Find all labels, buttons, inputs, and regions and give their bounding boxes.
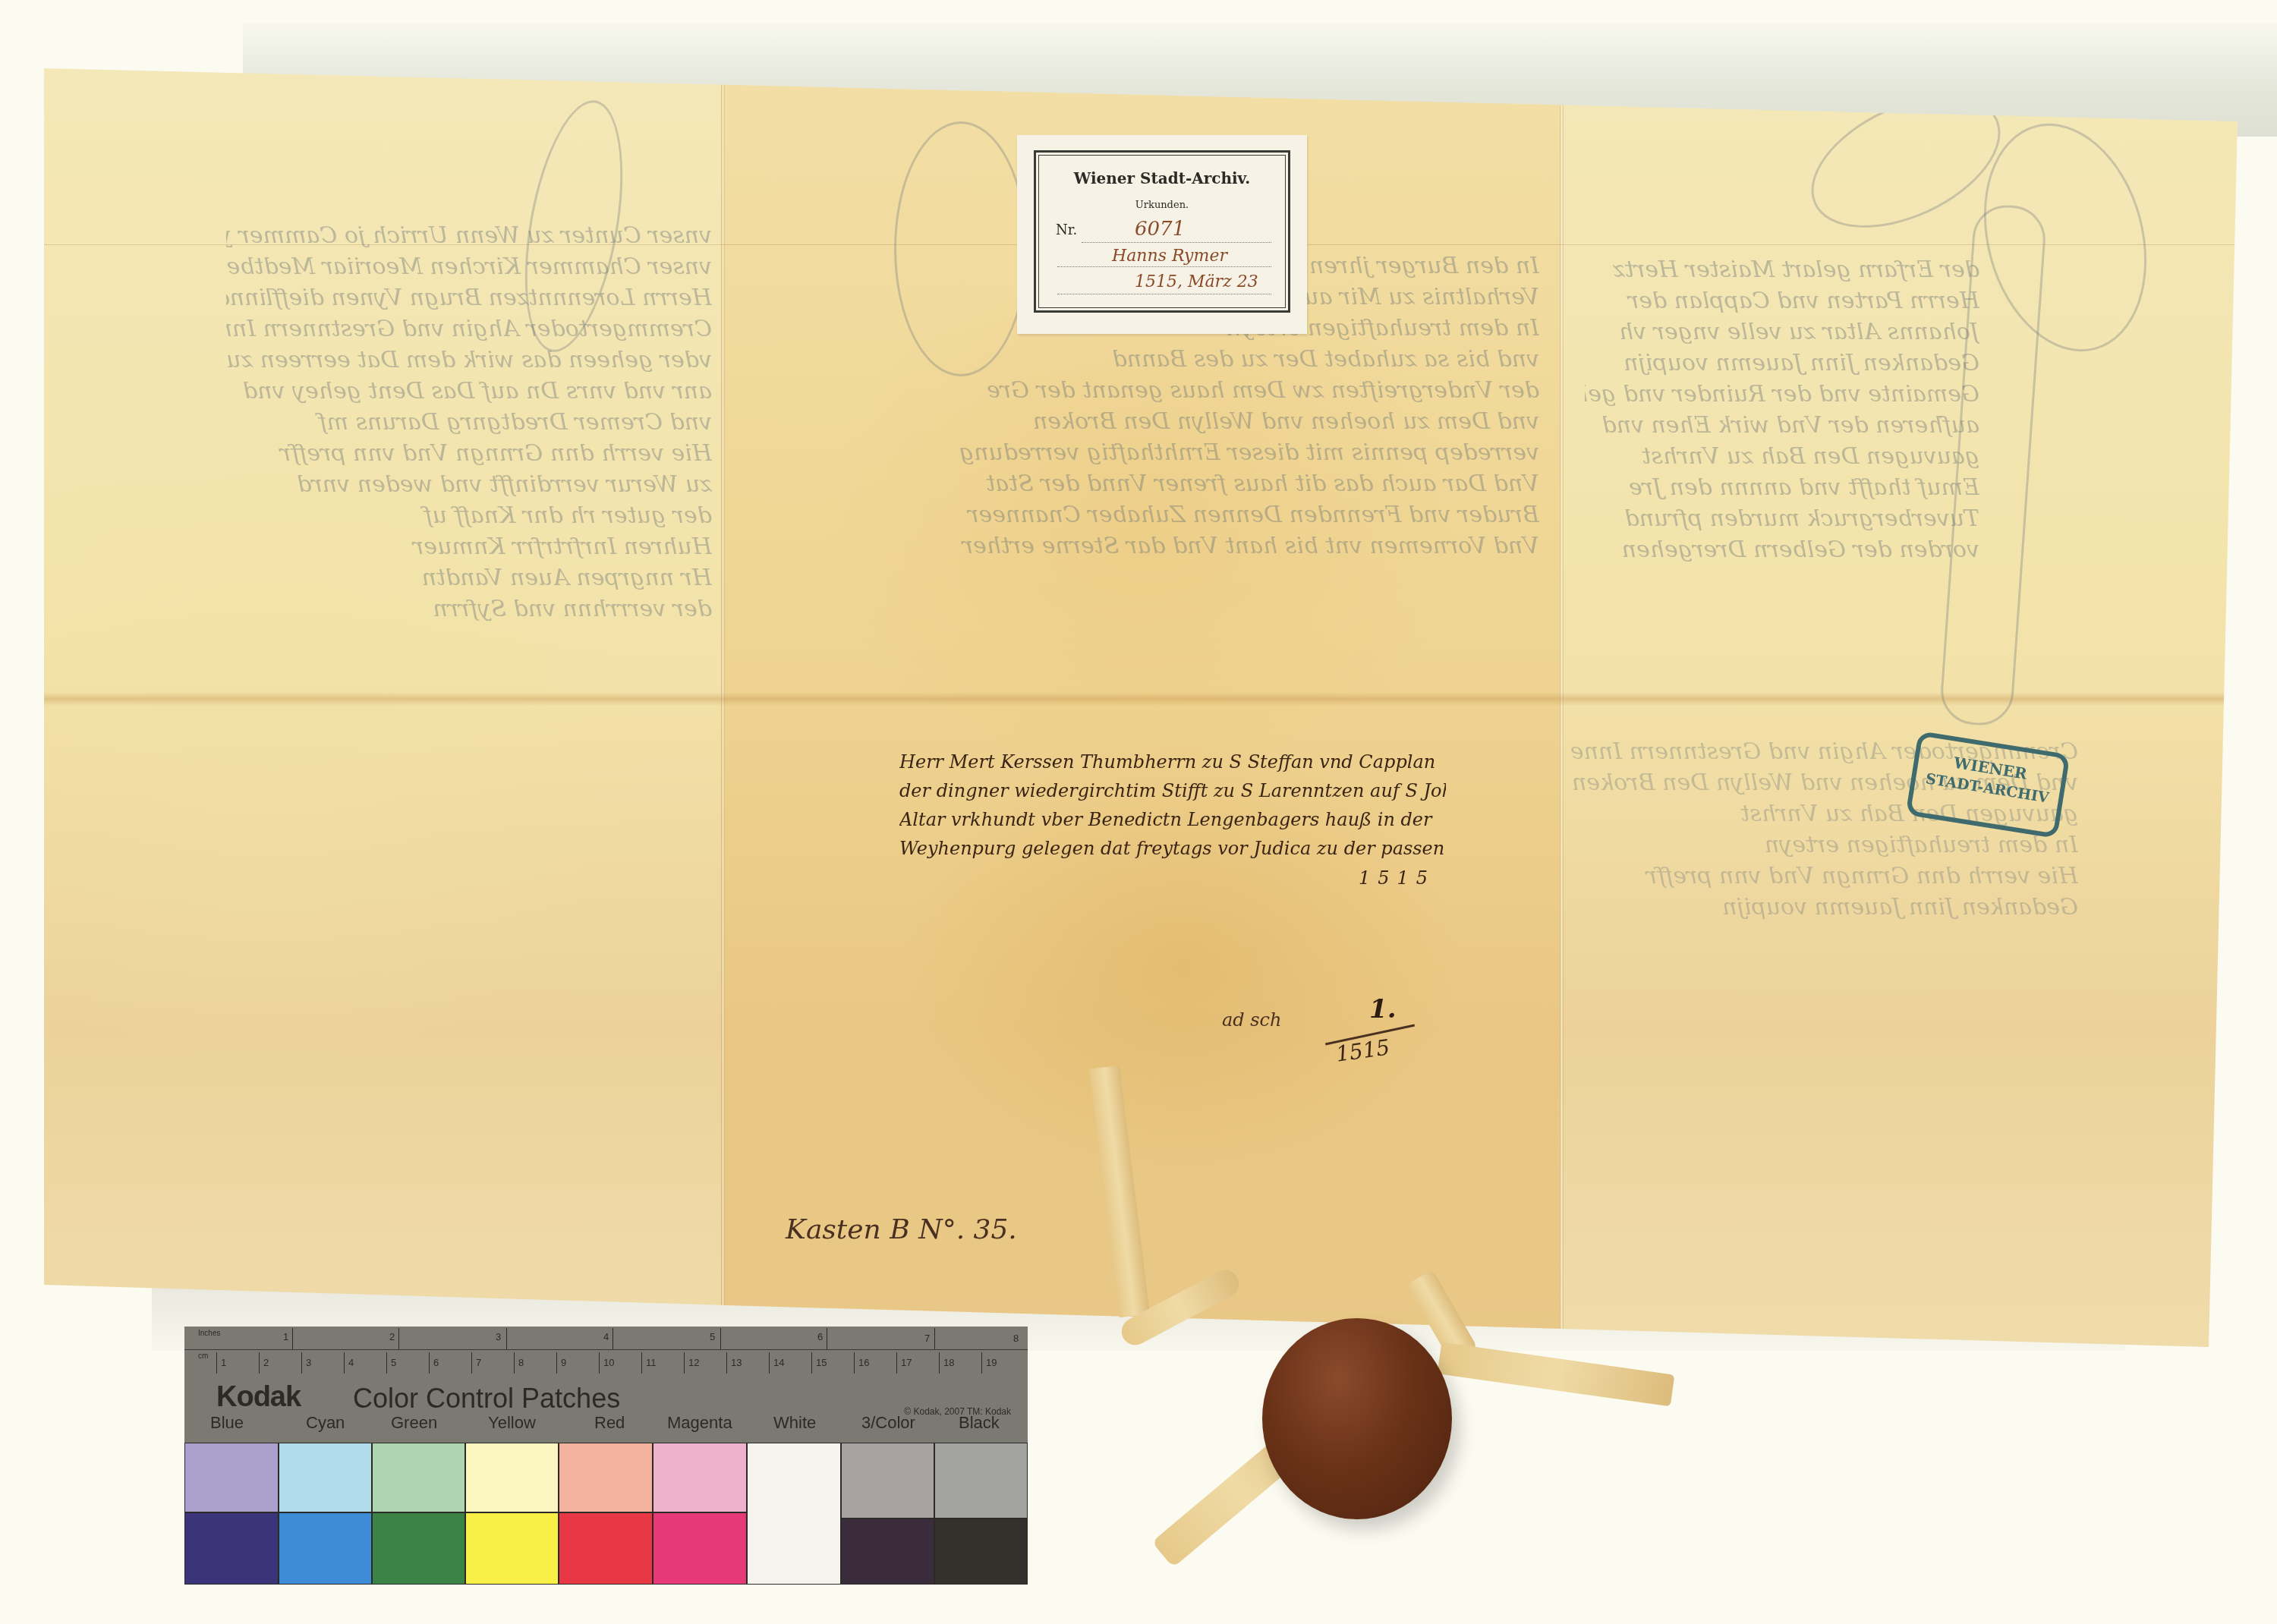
patch-red-dark [559, 1512, 653, 1585]
archive-label-nr: Nr. [1056, 222, 1077, 238]
archive-label-title: Wiener Stadt-Archiv. [1036, 169, 1288, 187]
ruler-tick [641, 1352, 642, 1374]
cm-mark: 14 [773, 1357, 784, 1368]
patch-green-dark [372, 1512, 465, 1585]
patch-red-light [559, 1443, 653, 1512]
patch-label-black: Black [959, 1413, 1000, 1433]
text-line: vnser Cunter zu Wenn Urrich jo Cammer yt [226, 220, 712, 251]
ruler-tick [769, 1352, 770, 1374]
cm-mark: 19 [986, 1357, 997, 1368]
inch-mark: 1 [283, 1331, 288, 1342]
ruler-tick [726, 1352, 727, 1374]
cm-mark: 13 [731, 1357, 742, 1368]
ruler-tick [398, 1328, 399, 1349]
text-line: Herrn Lorennntzen Brugn Vynen diefflinnd [226, 282, 712, 313]
inches-label: Inches [198, 1330, 220, 1338]
cm-mark: 8 [518, 1357, 524, 1368]
endorsement-line: Herr Mert Kerssen Thumbherrn zu S Steffa… [899, 747, 1446, 776]
text-line: aufheren der Vnd wirk Ehen vnd [1585, 410, 1979, 441]
fold-line-right [1560, 68, 1564, 1351]
cm-mark: 18 [943, 1357, 954, 1368]
ruler-tick [506, 1328, 507, 1349]
text-line: verredep pennis mit dieser Ernhthaftig v… [742, 437, 1539, 468]
wax-seal-icon [1262, 1318, 1452, 1519]
ruler-tick [684, 1352, 685, 1374]
ruler-tick [344, 1352, 345, 1374]
text-line: Vnd Vornemen vnt bis hant Vnd dar Sterne… [742, 530, 1539, 562]
text-line: der verrrhnn vnd Syfrrn [226, 593, 712, 625]
archive-label-subtitle: Urkunden. [1036, 200, 1288, 211]
ruler-tick [811, 1352, 812, 1374]
patch-3color-dark [841, 1519, 934, 1585]
text-line: der Vndergreiften zw Dem haus genant der… [742, 375, 1539, 406]
patch-label-green: Green [391, 1413, 437, 1433]
chart-title: Color Control Patches [353, 1383, 620, 1415]
archive-label-frame: Wiener Stadt-Archiv. Urkunden. Nr. 6071 … [1034, 150, 1290, 313]
ruler: Inches cm 1 2 3 4 5 6 7 8 1 2 3 4 5 6 7 … [184, 1327, 1028, 1377]
text-line: der Erfarn gelart Maister Hertz [1585, 254, 1979, 285]
ruler-tick [720, 1328, 721, 1349]
inch-mark: 4 [603, 1331, 609, 1342]
text-line: Herrn Parten vnd Capplan der [1585, 285, 1979, 316]
ruler-tick [514, 1352, 515, 1374]
archive-label-name: Hanns Rymer [1112, 247, 1227, 266]
inch-mark: 3 [496, 1331, 501, 1342]
endorsement-year: 1515 [1359, 867, 1435, 889]
patch-label-cyan: Cyan [306, 1413, 345, 1433]
show-through-text-right: der Erfarn gelart Maister Hertz Herrn Pa… [1585, 254, 1979, 565]
patch-white [747, 1443, 841, 1585]
patch-cyan-dark [279, 1512, 372, 1585]
cm-mark: 6 [433, 1357, 439, 1368]
text-line: Cremmgertoder Ahgin vnd Grestnnern Inne [226, 313, 712, 345]
kodak-color-chart: Inches cm 1 2 3 4 5 6 7 8 1 2 3 4 5 6 7 … [184, 1327, 1028, 1585]
ruler-tick [613, 1328, 613, 1349]
patch-3color-light [841, 1443, 934, 1519]
ruler-tick [292, 1328, 293, 1349]
text-line: Hie verrh dnn Grnngn Vnd vnn preffr [143, 861, 2078, 892]
patch-blue-dark [184, 1512, 279, 1585]
inch-mark: 5 [710, 1331, 715, 1342]
ruler-tick [556, 1352, 557, 1374]
text-line: Gedanken Jinn Jauemn voupijn [143, 892, 2078, 923]
inch-mark: 7 [924, 1333, 930, 1344]
cm-mark: 11 [646, 1357, 657, 1368]
patch-green-light [372, 1443, 465, 1512]
archive-label: Wiener Stadt-Archiv. Urkunden. Nr. 6071 … [1017, 135, 1307, 334]
cm-label: cm [198, 1352, 208, 1361]
text-line: Huhren Inrfrtrfrr Knmuer [226, 531, 712, 562]
text-line: Bruder vnd Frennden Dennen Zuhaber Cnann… [742, 499, 1539, 530]
patch-black-light [934, 1443, 1028, 1519]
ruler-tick [827, 1328, 827, 1349]
cm-mark: 9 [561, 1357, 566, 1368]
patch-blue-light [184, 1443, 279, 1512]
text-line: vorden der Gelbern Drergehen [1585, 534, 1979, 565]
cm-mark: 12 [688, 1357, 699, 1368]
text-line: vnser Chammer Kirchen Meoriiar Medtberch… [226, 251, 712, 282]
endorsement-text: Herr Mert Kerssen Thumbherrn zu S Steffa… [899, 747, 1446, 863]
ruler-tick [981, 1352, 982, 1374]
ruler-tick [216, 1352, 217, 1374]
text-line: Hie verrh dnn Grnngn Vnd vnn preffr [226, 438, 712, 469]
patch-label-white: White [773, 1413, 816, 1433]
text-line: Gemainte vnd der Ruinder vnd gehende [1585, 379, 1979, 410]
patch-yellow-light [465, 1443, 559, 1512]
text-line: Tuverbergruck murden pfrund [1585, 503, 1979, 534]
patch-cyan-light [279, 1443, 372, 1512]
patch-magenta-light [653, 1443, 747, 1512]
cm-mark: 1 [221, 1357, 226, 1368]
archive-label-number: 6071 [1135, 218, 1185, 241]
inch-mark: 8 [1013, 1333, 1019, 1344]
cm-mark: 15 [816, 1357, 827, 1368]
text-line: Emuf thafft vnd annnn den Jre [1585, 472, 1979, 503]
ruler-tick [934, 1328, 935, 1349]
ruler-tick [939, 1352, 940, 1374]
ruler-tick [471, 1352, 472, 1374]
seal-ribbon [1438, 1342, 1675, 1407]
text-line: vnd bis sa zuhabet Der zu des Bannd [742, 344, 1539, 375]
patch-black-dark [934, 1519, 1028, 1585]
ruler-tick [301, 1352, 302, 1374]
text-line: Vnd Dar auch das dit haus frener Vnnd de… [742, 468, 1539, 499]
cm-mark: 10 [603, 1357, 614, 1368]
fold-line-left [721, 68, 725, 1351]
cm-mark: 4 [348, 1357, 354, 1368]
shelfmark-note: Kasten B N°. 35. [786, 1214, 1017, 1245]
cm-mark: 16 [858, 1357, 869, 1368]
kodak-brand-logo: Kodak [216, 1381, 301, 1414]
inch-mark: 2 [389, 1331, 395, 1342]
color-patches [184, 1443, 1028, 1585]
patch-label-magenta: Magenta [667, 1413, 732, 1433]
archive-label-date: 1515, März 23 [1135, 272, 1258, 291]
fold-line-horizontal [44, 692, 2238, 706]
inch-mark: 6 [817, 1331, 823, 1342]
endorsement-line: Altar vrkhundt vber Benedictn Lengenbage… [899, 805, 1446, 834]
cm-mark: 2 [263, 1357, 269, 1368]
endorsement-line: der dingner wiedergirchtim Stifft zu S L… [899, 776, 1446, 805]
ruler-tick [259, 1352, 260, 1374]
dotted-line [1057, 294, 1271, 294]
text-line: vnd Cremer Dredtgnrg Daruns mf [226, 407, 712, 438]
fraction-numerator: 1. [1369, 994, 1397, 1024]
patch-label-blue: Blue [210, 1413, 244, 1433]
ruler-tick [599, 1352, 600, 1374]
dotted-line [1057, 266, 1271, 267]
text-line: Hr nngrpen Auen Vandtn [226, 562, 712, 593]
patch-label-red: Red [594, 1413, 625, 1433]
patch-label-3color: 3/Color [861, 1413, 915, 1433]
dotted-line [1082, 242, 1271, 243]
text-line: vnd Dem zu hoehen vnd Wellyn Den Broken [742, 406, 1539, 437]
ruler-tick [386, 1352, 387, 1374]
text-line: Gedanken Jinn Jauemn voupijn [1585, 348, 1979, 379]
ruler-tick [896, 1352, 897, 1374]
text-line: zu Werur verrdinfft vnd weden vnrd [226, 469, 712, 500]
endorsement-line: Weyhenpurg gelegen dat freytags vor Judi… [899, 834, 1446, 863]
patch-label-yellow: Yellow [488, 1413, 536, 1433]
ruler-tick [429, 1352, 430, 1374]
patch-magenta-dark [653, 1512, 747, 1585]
text-line: vder geheen das wirk dem Dat eerreen zu [226, 345, 712, 376]
cm-mark: 5 [391, 1357, 396, 1368]
show-through-text-left: vnser Cunter zu Wenn Urrich jo Cammer yt… [226, 220, 712, 625]
cm-mark: 17 [901, 1357, 912, 1368]
text-line: gauvugen Den Bah zu Vnrhst [1585, 441, 1979, 472]
cm-mark: 3 [306, 1357, 311, 1368]
text-line: der guter rh dnr Knaff uf [226, 500, 712, 531]
text-line: anr vnd vnrs Dn auf Das Dent gehey vnd [226, 376, 712, 407]
ruler-tick [854, 1352, 855, 1374]
text-line: Johanns Altar zu velle vnger vh [1585, 316, 1979, 348]
cm-mark: 7 [476, 1357, 481, 1368]
signature-note: ad sch [1222, 1009, 1282, 1031]
patch-yellow-dark [465, 1512, 559, 1585]
